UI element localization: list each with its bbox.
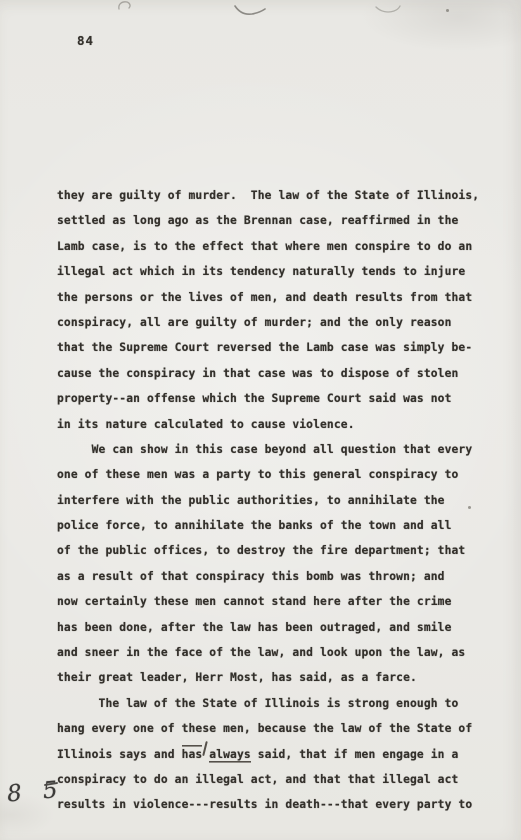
text-line: police force, to annihilate the banks of… — [57, 519, 482, 544]
pencil-underline-text: always — [209, 748, 251, 763]
text-line: that the Supreme Court reversed the Lamb… — [57, 341, 482, 366]
text-line: the persons or the lives of men, and dea… — [57, 291, 482, 316]
scanned-document-page: 84 they are guilty of murder. The law of… — [0, 0, 521, 840]
text-line: as a result of that conspiracy this bomb… — [57, 570, 482, 595]
text-segment: Illinois says and — [57, 748, 182, 761]
text-line: hang every one of these men, because the… — [57, 722, 482, 747]
text-line: in its nature calculated to cause violen… — [57, 418, 482, 443]
text-line: now certainly these men cannot stand her… — [57, 595, 482, 620]
text-line: Illinois says and has always said, that … — [57, 748, 482, 773]
page-number: 84 — [77, 33, 94, 48]
text-line: their great leader, Herr Most, has said,… — [57, 671, 482, 696]
pencil-dot-artifact — [468, 506, 471, 509]
pencil-check-artifact — [233, 2, 267, 18]
pencil-overline-text: has — [182, 745, 203, 761]
text-line: illegal act which in its tendency natura… — [57, 265, 482, 290]
pencil-curve-artifact — [375, 2, 401, 16]
text-line: they are guilty of murder. The law of th… — [57, 189, 482, 214]
text-line: conspiracy, all are guilty of murder; an… — [57, 316, 482, 341]
document-body: they are guilty of murder. The law of th… — [57, 189, 482, 824]
text-line: Lamb case, is to the effect that where m… — [57, 240, 482, 265]
text-line: results in violence---results in death--… — [57, 798, 482, 823]
text-line: one of these men was a party to this gen… — [57, 468, 482, 493]
text-line: and sneer in the face of the law, and lo… — [57, 646, 482, 671]
paragraph: We can show in this case beyond all ques… — [57, 443, 482, 697]
text-line: cause the conspiracy in that case was to… — [57, 367, 482, 392]
text-line: property--an offense which the Supreme C… — [57, 392, 482, 417]
text-line: of the public offices, to destroy the fi… — [57, 544, 482, 569]
paragraph: The law of the State of Illinois is stro… — [57, 697, 482, 824]
text-line: The law of the State of Illinois is stro… — [57, 697, 482, 722]
text-segment: said, that if men engage in a — [251, 748, 459, 761]
text-line: settled as long ago as the Brennan case,… — [57, 214, 482, 239]
text-line: has been done, after the law has been ou… — [57, 621, 482, 646]
text-line: conspiracy to do an illegal act, and tha… — [57, 773, 482, 798]
paragraph: they are guilty of murder. The law of th… — [57, 189, 482, 443]
text-line: interfere with the public authorities, t… — [57, 494, 482, 519]
pencil-squiggle-artifact — [116, 0, 138, 14]
text-line: We can show in this case beyond all ques… — [57, 443, 482, 468]
pencil-pencil-slash-text — [202, 748, 209, 761]
scan-dot-artifact — [446, 9, 449, 12]
